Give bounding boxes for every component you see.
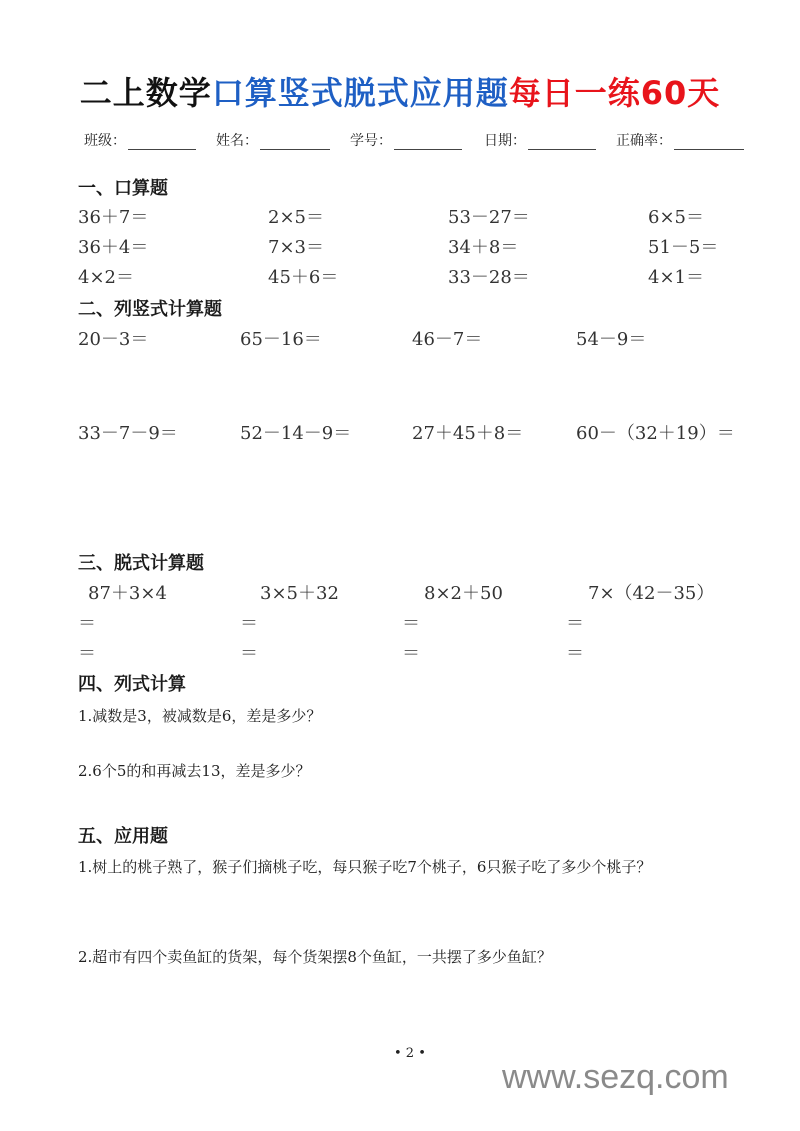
page-number: • 2 • xyxy=(394,1046,426,1061)
watermark: www.sezq.com xyxy=(502,1058,729,1097)
stepwise-item: 87＋3×4 xyxy=(88,579,167,605)
oral-item: 2×5＝ xyxy=(268,203,324,229)
equals-sign: ＝ xyxy=(566,639,584,665)
word-problem: 2.超市有四个卖鱼缸的货架，每个货架摆8个鱼缸，一共摆了多少鱼缸？ xyxy=(78,946,552,967)
title-part-daily: 每日一练60天 xyxy=(509,74,721,112)
accuracy-label: 正确率： xyxy=(616,130,672,150)
title-part-topics: 口算竖式脱式应用题 xyxy=(212,74,509,112)
stepwise-item: 7×（42－35） xyxy=(588,579,714,605)
date-label: 日期： xyxy=(484,130,526,150)
accuracy-field[interactable]: 正确率： xyxy=(616,130,744,150)
equals-sign: ＝ xyxy=(240,639,258,665)
oral-item: 7×3＝ xyxy=(268,233,324,259)
name-field[interactable]: 姓名： xyxy=(216,130,350,150)
equals-sign: ＝ xyxy=(240,609,258,635)
accuracy-blank[interactable] xyxy=(674,135,744,150)
vertical-item: 20－3＝ xyxy=(78,325,148,351)
student-info-row: 班级： 姓名： 学号： 日期： 正确率： xyxy=(84,130,764,150)
name-label: 姓名： xyxy=(216,130,258,150)
equals-sign: ＝ xyxy=(402,609,420,635)
class-blank[interactable] xyxy=(128,135,196,150)
expression-question: 1.减数是3，被减数是6，差是多少？ xyxy=(78,705,321,726)
section-stepwise-title: 三、脱式计算题 xyxy=(78,549,204,575)
oral-item: 36＋7＝ xyxy=(78,203,148,229)
worksheet-title: 二上数学口算竖式脱式应用题每日一练60天 xyxy=(0,68,800,114)
oral-item: 53－27＝ xyxy=(448,203,530,229)
vertical-item: 33－7－9＝ xyxy=(78,419,178,445)
date-field[interactable]: 日期： xyxy=(484,130,616,150)
class-field[interactable]: 班级： xyxy=(84,130,216,150)
vertical-item: 46－7＝ xyxy=(412,325,482,351)
stepwise-item: 8×2＋50 xyxy=(424,579,503,605)
expression-question: 2.6个5的和再减去13，差是多少？ xyxy=(78,760,311,781)
oral-item: 34＋8＝ xyxy=(448,233,518,259)
oral-item: 4×2＝ xyxy=(78,263,134,289)
oral-item: 51－5＝ xyxy=(648,233,718,259)
word-problem: 1.树上的桃子熟了，猴子们摘桃子吃，每只猴子吃7个桃子，6只猴子吃了多少个桃子？ xyxy=(78,856,651,877)
oral-item: 33－28＝ xyxy=(448,263,530,289)
vertical-item: 52－14－9＝ xyxy=(240,419,351,445)
oral-item: 45＋6＝ xyxy=(268,263,338,289)
student-no-field[interactable]: 学号： xyxy=(350,130,484,150)
equals-sign: ＝ xyxy=(78,609,96,635)
vertical-item: 54－9＝ xyxy=(576,325,646,351)
student-no-blank[interactable] xyxy=(394,135,462,150)
equals-sign: ＝ xyxy=(566,609,584,635)
equals-sign: ＝ xyxy=(402,639,420,665)
name-blank[interactable] xyxy=(260,135,330,150)
date-blank[interactable] xyxy=(528,135,596,150)
title-part-grade: 二上数学 xyxy=(80,74,212,112)
vertical-item: 27＋45＋8＝ xyxy=(412,419,523,445)
oral-item: 4×1＝ xyxy=(648,263,704,289)
class-label: 班级： xyxy=(84,130,126,150)
stepwise-item: 3×5＋32 xyxy=(260,579,339,605)
equals-sign: ＝ xyxy=(78,639,96,665)
student-no-label: 学号： xyxy=(350,130,392,150)
section-word-problems-title: 五、应用题 xyxy=(78,822,168,848)
section-expression-title: 四、列式计算 xyxy=(78,670,186,696)
vertical-item: 65－16＝ xyxy=(240,325,322,351)
vertical-item: 60－（32＋19）＝ xyxy=(576,419,735,445)
section-vertical-title: 二、列竖式计算题 xyxy=(78,295,222,321)
section-oral-title: 一、口算题 xyxy=(78,174,168,200)
oral-item: 36＋4＝ xyxy=(78,233,148,259)
oral-item: 6×5＝ xyxy=(648,203,704,229)
